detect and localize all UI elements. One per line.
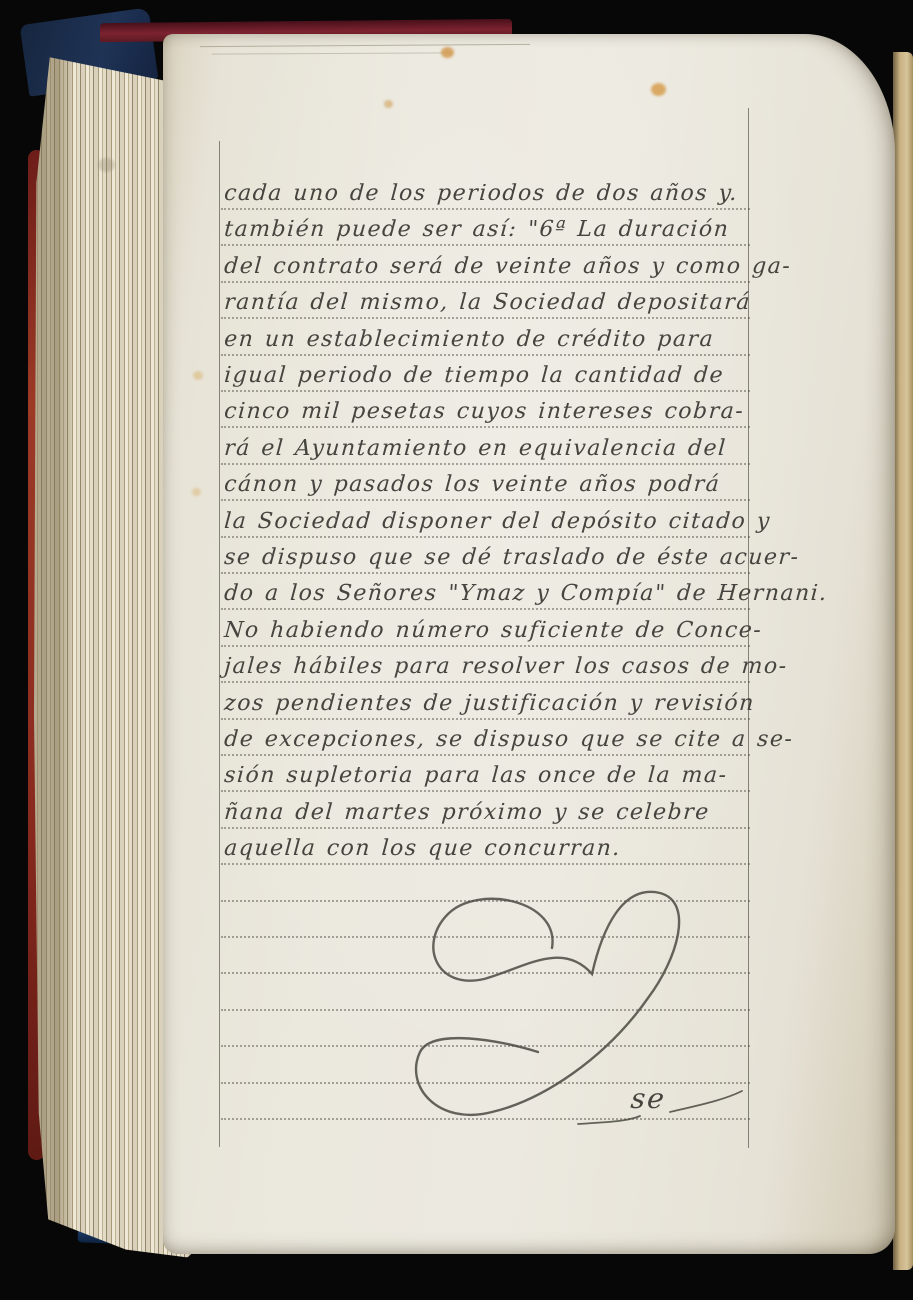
- handwriting-line: rá el Ayuntamiento en equivalencia del: [223, 432, 728, 466]
- handwriting-line: jales hábiles para resolver los casos de…: [223, 650, 789, 684]
- handwriting-line: también puede ser así: "6ª La duración: [223, 213, 730, 247]
- handwriting-line: zos pendientes de justificación y revisi…: [223, 687, 756, 721]
- handwriting-line: cánon y pasados los veinte años podrá: [223, 468, 721, 502]
- margin-line-left: [219, 141, 220, 1147]
- stain: [193, 371, 203, 380]
- stain: [192, 488, 201, 496]
- handwriting-line: ñana del martes próximo y se celebre: [223, 796, 711, 830]
- adjacent-page-edge-right: [893, 52, 913, 1270]
- ruled-line: [221, 1082, 750, 1084]
- handwriting-line: sión supletoria para las once de la ma-: [223, 759, 729, 793]
- book-photo: cada uno de los periodos de dos años y.t…: [0, 0, 913, 1300]
- ruled-line: [221, 900, 750, 902]
- handwriting-line: del contrato será de veinte años y como …: [223, 250, 792, 284]
- ruled-line: [221, 972, 750, 974]
- ruled-line: [221, 1045, 750, 1047]
- handwriting-line: se dispuso que se dé traslado de éste ac…: [223, 541, 801, 575]
- stain: [98, 158, 115, 172]
- stain: [441, 47, 454, 58]
- handwriting-line: igual periodo de tiempo la cantidad de: [223, 359, 725, 393]
- handwriting-line: la Sociedad disponer del depósito citado…: [223, 505, 772, 539]
- handwriting-line: cada uno de los periodos de dos años y.: [223, 177, 739, 211]
- handwriting-line: aquella con los que concurran.: [223, 832, 622, 866]
- ruled-line: [221, 1118, 750, 1120]
- handwriting-line: rantía del mismo, la Sociedad depositará: [223, 286, 752, 320]
- handwriting-line: do a los Señores "Ymaz y Compía" de Hern…: [223, 577, 829, 611]
- ruled-line: [221, 1009, 750, 1011]
- stain: [384, 100, 393, 108]
- handwriting-line: cinco mil pesetas cuyos intereses cobra-: [223, 395, 745, 429]
- scanned-book-photo: { "manuscript": { "lines": [ "cada uno d…: [0, 0, 913, 1300]
- ruled-line: [221, 936, 750, 938]
- catchword-se: se: [629, 1082, 667, 1115]
- handwriting-line: en un establecimiento de crédito para: [223, 323, 715, 357]
- handwriting-line: No habiendo número suficiente de Conce-: [223, 614, 763, 648]
- stain: [651, 83, 666, 96]
- handwriting-line: de excepciones, se dispuso que se cite a…: [223, 723, 795, 757]
